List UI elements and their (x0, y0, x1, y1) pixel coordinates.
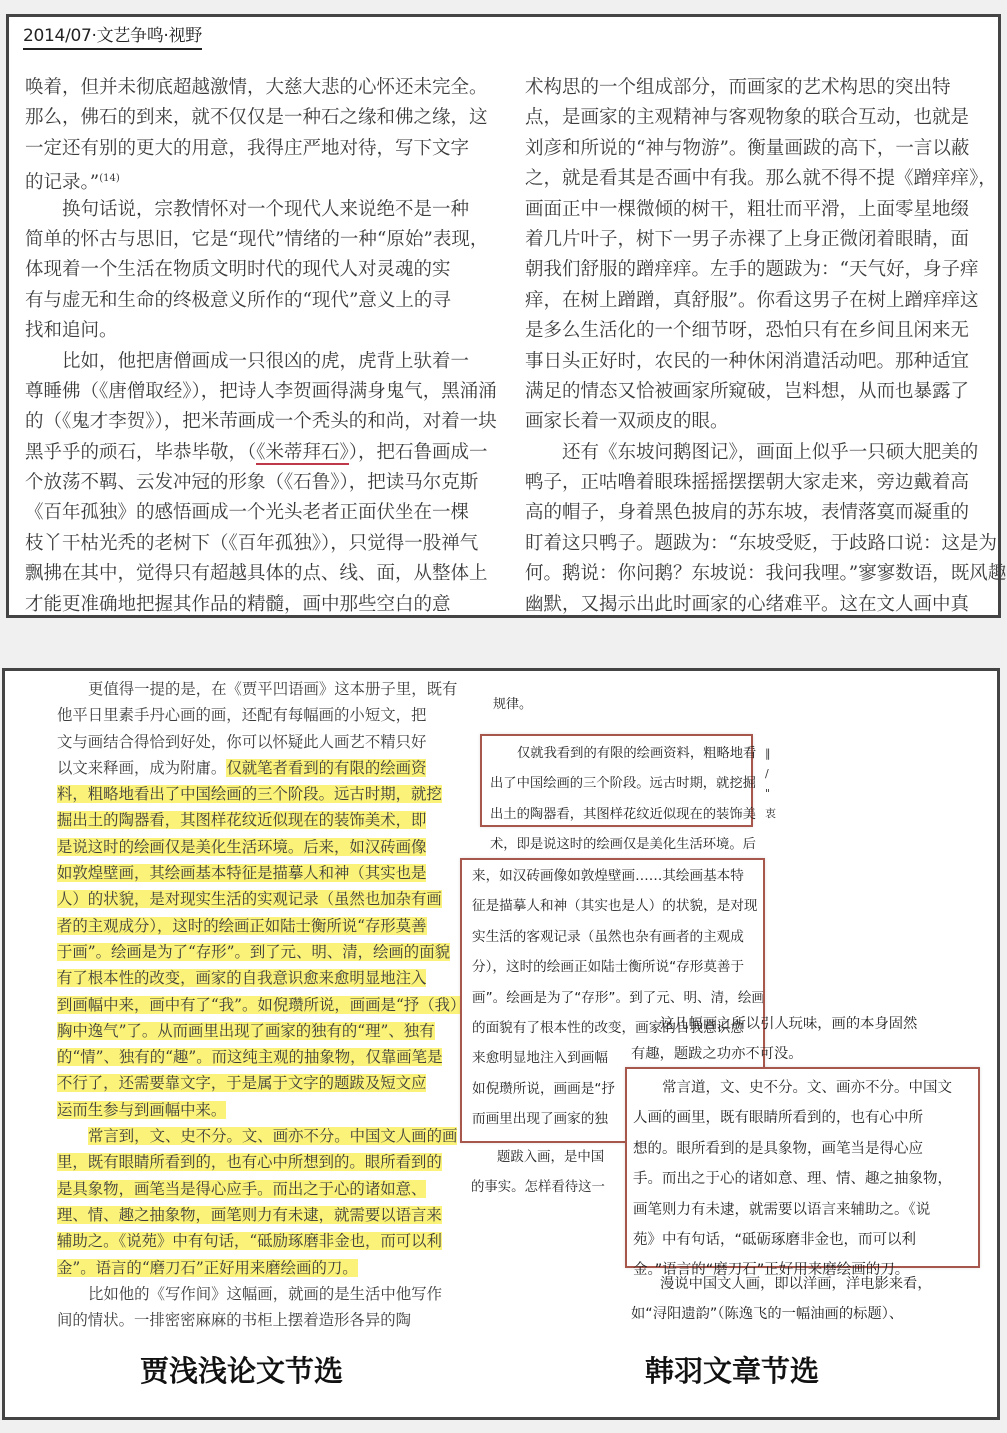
snippet-line: 实生活的客观记录（虽然也杂有画者的主观成 (472, 925, 753, 955)
hanyu-pre-box-3: 这几幅画之所以引人玩味，画的本身固然有趣，题跋之功亦不可没。 (631, 1011, 917, 1072)
comparison-panel: 更值得一提的是，在《贾平凹语画》这本册子里，既有他平日里素手丹心画的画，还配有每… (2, 668, 1000, 1420)
snippet-line: 这几幅画之所以引人玩味，画的本身固然 (631, 1011, 917, 1041)
highlighted-text: 到画幅中来，画中有了“我”。如倪瓒所说，画画是“抒（我） (57, 996, 465, 1014)
highlighted-text: 人）的状貌，是对现实生活的实观记录（虽然也加杂有画 (57, 890, 442, 908)
hanyu-after-box-2: 题跋入画，是中国的事实。怎样看待这一 (471, 1146, 605, 1207)
excerpt-line: 间的情状。一排密密麻麻的书柜上摆着造形各异的陶 (57, 1307, 452, 1333)
excerpt-line: 金”。语言的“磨刀石”正好用来磨绘画的刀。 (57, 1255, 452, 1281)
text-line: 个放荡不羁、云发冲冠的形象（《石鲁》），把读马尔克斯 (25, 468, 485, 498)
highlighted-text: 者的主观成分），这时的绘画正如陆士衡所说“存形莫善 (57, 917, 427, 935)
side-mark: ‖ (765, 744, 776, 764)
snippet-line: 出了中国绘画的三个阶段。远古时期，就挖掘 (490, 774, 743, 804)
cropped-side-marks: ‖/"衷 (765, 744, 776, 824)
text-line: 唤着，但并未彻底超越激情，大慈大悲的心怀还未完全。 (25, 73, 485, 103)
excerpt-line: 于画”。绘画是为了“存形”。到了元、明、清，绘画的面貌 (57, 939, 452, 965)
snippet-line: 仅就我看到的有限的绘画资料，粗略地看 (490, 744, 743, 774)
excerpt-line: 是具象物，画笔当是得心应手。而出之于心的诸如意、 (57, 1176, 452, 1202)
excerpt-line: 理、情、趣之抽象物，画笔则力有未逮，就需要以语言来 (57, 1202, 452, 1228)
text-line: 还有《东坡问鹅图记》，画面上似乎一只硕大肥美的 (525, 438, 985, 468)
snippet-line: 常言道，文、史不分。文、画亦不分。中国文 (633, 1075, 972, 1105)
text-line: 的记录。”(14) (25, 164, 485, 194)
highlighted-text: 胸中逸气”了。从而画里出现了画家的独有的“理”、独有 (57, 1022, 435, 1040)
text-line: 找和追问。 (25, 316, 485, 346)
text-line: 的（《鬼才李贺》），把米芾画成一个秃头的和尚，对着一块 (25, 407, 485, 437)
text-line: 幽默，又揭示出此时画家的心绪难平。这在文人画中真 (525, 590, 985, 620)
snippet-line: 征是描摹人和神（其实也是人）的状貌，是对现 (472, 894, 753, 924)
highlighted-text: 理、情、趣之抽象物，画笔则力有未逮，就需要以语言来 (57, 1206, 442, 1224)
text-line: 满足的情态又恰被画家所窥破，岂料想，从而也暴露了 (525, 377, 985, 407)
excerpt-line: 更值得一提的是，在《贾平凹语画》这本册子里，既有 (57, 676, 452, 702)
highlighted-text: 于画”。绘画是为了“存形”。到了元、明、清，绘画的面貌 (57, 943, 450, 961)
text-line: 飘拂在其中，觉得只有超越具体的点、线、面，从整体上 (25, 559, 485, 589)
side-mark: / (765, 764, 776, 784)
side-mark: 衷 (765, 804, 776, 824)
text-line: 有与虚无和生命的终极意义所作的“现代”意义上的寻 (25, 286, 485, 316)
excerpt-line: 以文来释画，成为附庸。仅就笔者看到的有限的绘画资 (57, 755, 452, 781)
text-segment: 文与画结合得恰到好处，你可以怀疑此人画艺不精只好 (57, 733, 426, 751)
excerpt-line: 者的主观成分），这时的绘画正如陆士衡所说“存形莫善 (57, 913, 452, 939)
caption-jia-qianqian: 贾浅浅论文节选 (140, 1349, 343, 1390)
text-line: 盯着这只鸭子。题跋为：“东坡受贬，于歧路口说：这是为 (525, 529, 985, 559)
text-line: 事日头正好时，农民的一种休闲消遣活动吧。那种适宜 (525, 347, 985, 377)
text-segment: 更值得一提的是，在《贾平凹语画》这本册子里，既有 (88, 680, 457, 698)
text-segment: ），把石鲁画成一 (349, 442, 488, 463)
journal-header: 2014/07·文艺争鸣·视野 (23, 21, 202, 50)
excerpt-line: 辅助之。《说苑》中有句话，“砥励琢磨非金也，而可以利 (57, 1228, 452, 1254)
text-line: 是多么生活化的一个细节呀，恐怕只有在乡间且闲来无 (525, 316, 985, 346)
text-line: 画家长着一双顽皮的眼。 (525, 407, 985, 437)
snippet-line: 画笔则力有未逮，就需要以语言来辅助之。《说 (633, 1197, 972, 1227)
highlighted-text: 常言到，文、史不分。文、画亦不分。中国文人画的画 (88, 1127, 457, 1145)
text-line: 黑乎乎的顽石，毕恭毕敬，（《米蒂拜石》），把石鲁画成一 (25, 438, 485, 468)
top-page-scan: 2014/07·文艺争鸣·视野 唤着，但并未彻底超越激情，大慈大悲的心怀还未完全… (6, 14, 1001, 618)
text-line: 点，是画家的主观精神与客观物象的联合互动，也就是 (525, 103, 985, 133)
snippet-line: 苑》中有句话，“砥砺琢磨非金也，而可以利 (633, 1227, 972, 1257)
highlighted-text: 掘出土的陶器看，其图样花纹近似现在的装饰美术，即 (57, 811, 426, 829)
highlighted-text: 是说这时的绘画仅是美化生活环境。后来，如汉砖画像 (57, 838, 426, 856)
text-line: 术构思的一个组成部分，而画家的艺术构思的突出特 (525, 73, 985, 103)
highlighted-text: 料，粗略地看出了中国绘画的三个阶段。远古时期，就挖 (57, 785, 442, 803)
snippet-line: 的事实。怎样看待这一 (471, 1176, 605, 1206)
excerpt-line: 料，粗略地看出了中国绘画的三个阶段。远古时期，就挖 (57, 781, 452, 807)
text-line: 一定还有别的更大的用意，我得庄严地对待，写下文字 (25, 134, 485, 164)
excerpt-line: 掘出土的陶器看，其图样花纹近似现在的装饰美术，即 (57, 807, 452, 833)
excerpt-line: 里，既有眼睛所看到的，也有心中所想到的。眼所看到的 (57, 1149, 452, 1175)
snippet-line: 分），这时的绘画正如陆士衡所说“存形莫善于 (472, 955, 753, 985)
snippet-line: 想的。眼所看到的是具象物，画笔当是得心应 (633, 1136, 972, 1166)
text-line: 《百年孤独》的感悟画成一个光头老者正面伏坐在一棵 (25, 498, 485, 528)
jia-qianqian-excerpt: 更值得一提的是，在《贾平凹语画》这本册子里，既有他平日里素手丹心画的画，还配有每… (57, 676, 452, 1333)
excerpt-line: 文与画结合得恰到好处，你可以怀疑此人画艺不精只好 (57, 729, 452, 755)
text-segment: 他平日里素手丹心画的画，还配有每幅画的小短文，把 (57, 706, 426, 724)
text-line: 之，就是看其是否画中有我。那么就不得不提《蹭痒痒》， (525, 164, 985, 194)
highlighted-text: 仅就笔者看到的有限的绘画资 (226, 759, 426, 777)
highlighted-text: 不行了，还需要靠文字，于是属于文字的题跋及短文应 (57, 1074, 426, 1092)
top-left-column: 唤着，但并未彻底超越激情，大慈大悲的心怀还未完全。那么，佛石的到来，就不仅仅是一… (25, 73, 485, 620)
text-line: 体现着一个生活在物质文明时代的现代人对灵魂的实 (25, 255, 485, 285)
text-line: 高的帽子，身着黑色披肩的苏东坡，表情落寞而凝重的 (525, 498, 985, 528)
text-line: 才能更准确地把握其作品的精髓，画中那些空白的意 (25, 590, 485, 620)
excerpt-line: 到画幅中来，画中有了“我”。如倪瓒所说，画画是“抒（我） (57, 992, 452, 1018)
highlighted-text: 运而生参与到画幅中来。 (57, 1101, 226, 1119)
text-line: 比如，他把唐僧画成一只很凶的虎，虎背上驮着一 (25, 347, 485, 377)
highlighted-text: 有了根本性的改变，画家的自我意识愈来愈明显地注入 (57, 969, 426, 987)
snippet-line: 手。而出之于心的诸如意、理、情、趣之抽象物， (633, 1166, 972, 1196)
text-line: 何。鹅说：你问鹅？东坡说：我问我哩。”寥寥数语，既风趣 (525, 559, 985, 589)
text-line: 着几片叶子，树下一男子赤裸了上身正微闭着眼睛，面 (525, 225, 985, 255)
excerpt-line: 是说这时的绘画仅是美化生活环境。后来，如汉砖画像 (57, 834, 452, 860)
text-line: 换句话说，宗教情怀对一个现代人来说绝不是一种 (25, 195, 485, 225)
excerpt-line: 常言到，文、史不分。文、画亦不分。中国文人画的画 (57, 1123, 452, 1149)
snippet-line: 漫说中国文人画，即以洋画，洋电影来看， (631, 1271, 932, 1301)
highlighted-text: 里，既有眼睛所看到的，也有心中所想到的。眼所看到的 (57, 1153, 442, 1171)
top-right-column: 术构思的一个组成部分，而画家的艺术构思的突出特点，是画家的主观精神与客观物象的联… (525, 73, 985, 620)
snippet-line: 如“浔阳遗韵”（陈逸飞的一幅油画的标题）、 (631, 1301, 932, 1331)
snippet-line: 来，如汉砖画像如敦煌壁画……其绘画基本特 (472, 864, 753, 894)
hanyu-box-3: 常言道，文、史不分。文、画亦不分。中国文人画的画里，既有眼睛所看到的，也有心中所… (625, 1067, 980, 1268)
excerpt-line: 胸中逸气”了。从而画里出现了画家的独有的“理”、独有 (57, 1018, 452, 1044)
highlighted-text: 如敦煌壁画，其绘画基本特征是描摹人和神（其实也是 (57, 864, 426, 882)
excerpt-line: 人）的状貌，是对现实生活的实观记录（虽然也加杂有画 (57, 886, 452, 912)
underlined-title: 《米蒂拜石》 (256, 442, 349, 465)
excerpt-line: 他平日里素手丹心画的画，还配有每幅画的小短文，把 (57, 702, 452, 728)
excerpt-line: 不行了，还需要靠文字，于是属于文字的题跋及短文应 (57, 1070, 452, 1096)
text-line: 刘彦和所说的“神与物游”。衡量画跋的高下，一言以蔽 (525, 134, 985, 164)
text-segment: 黑乎乎的顽石，毕恭毕敬，（ (25, 442, 256, 463)
text-line: 朝我们舒服的蹭痒痒。左手的题跋为：“天气好，身子痒 (525, 255, 985, 285)
text-line: 痒，在树上蹭蹭，真舒服”。你看这男子在树上蹭痒痒这 (525, 286, 985, 316)
text-segment: 间的情状。一排密密麻麻的书柜上摆着造形各异的陶 (57, 1311, 411, 1329)
caption-han-yu: 韩羽文章节选 (645, 1349, 819, 1390)
hanyu-after-box-3: 漫说中国文人画，即以洋画，洋电影来看，如“浔阳遗韵”（陈逸飞的一幅油画的标题）、 (631, 1271, 932, 1332)
excerpt-line: 有了根本性的改变，画家的自我意识愈来愈明显地注入 (57, 965, 452, 991)
excerpt-line: 运而生参与到画幅中来。 (57, 1097, 452, 1123)
text-line: 那么，佛石的到来，就不仅仅是一种石之缘和佛之缘，这 (25, 103, 485, 133)
highlighted-text: 辅助之。《说苑》中有句话，“砥励琢磨非金也，而可以利 (57, 1232, 442, 1250)
excerpt-line: 比如他的《写作间》这幅画，就画的是生活中他写作 (57, 1281, 452, 1307)
excerpt-line: 的“情”、独有的“趣”。而这纯主观的抽象物，仅靠画笔是 (57, 1044, 452, 1070)
text-line: 鸭子，正咕噜着眼珠摇摇摆摆朝大家走来，旁边戴着高 (525, 468, 985, 498)
excerpt-line: 如敦煌壁画，其绘画基本特征是描摹人和神（其实也是 (57, 860, 452, 886)
highlighted-text: 是具象物，画笔当是得心应手。而出之于心的诸如意、 (57, 1180, 426, 1198)
footnote-marker: (14) (99, 173, 120, 184)
text-line: 简单的怀古与思旧，它是“现代”情绪的一种“原始”表现， (25, 225, 485, 255)
snippet-line: 人画的画里，既有眼睛所看到的，也有心中所 (633, 1105, 972, 1135)
text-line: 尊睡佛（《唐僧取经》），把诗人李贺画得满身鬼气，黑涌涌 (25, 377, 485, 407)
snippet-line: 出土的陶器看，其图样花纹近似现在的装饰美 (490, 805, 743, 835)
side-mark: " (765, 784, 776, 804)
snippet-line: 题跋入画，是中国 (471, 1146, 605, 1176)
text-segment: 以文来释画，成为附庸。 (57, 759, 226, 777)
text-line: 画面正中一棵微倾的树干，粗壮而平滑，上面零星地缀 (525, 195, 985, 225)
highlighted-text: 金”。语言的“磨刀石”正好用来磨绘画的刀。 (57, 1259, 358, 1277)
text-line: 枝丫干枯光秃的老树下（《百年孤独》），只觉得一股禅气 (25, 529, 485, 559)
text-segment: 比如他的《写作间》这幅画，就画的是生活中他写作 (88, 1285, 442, 1303)
hanyu-box-1: 仅就我看到的有限的绘画资料，粗略地看出了中国绘画的三个阶段。远古时期，就挖掘出土… (480, 734, 753, 827)
highlighted-text: 的“情”、独有的“趣”。而这纯主观的抽象物，仅靠画笔是 (57, 1048, 442, 1066)
hanyu-snippet-pre-box1: 规律。 (493, 693, 532, 712)
